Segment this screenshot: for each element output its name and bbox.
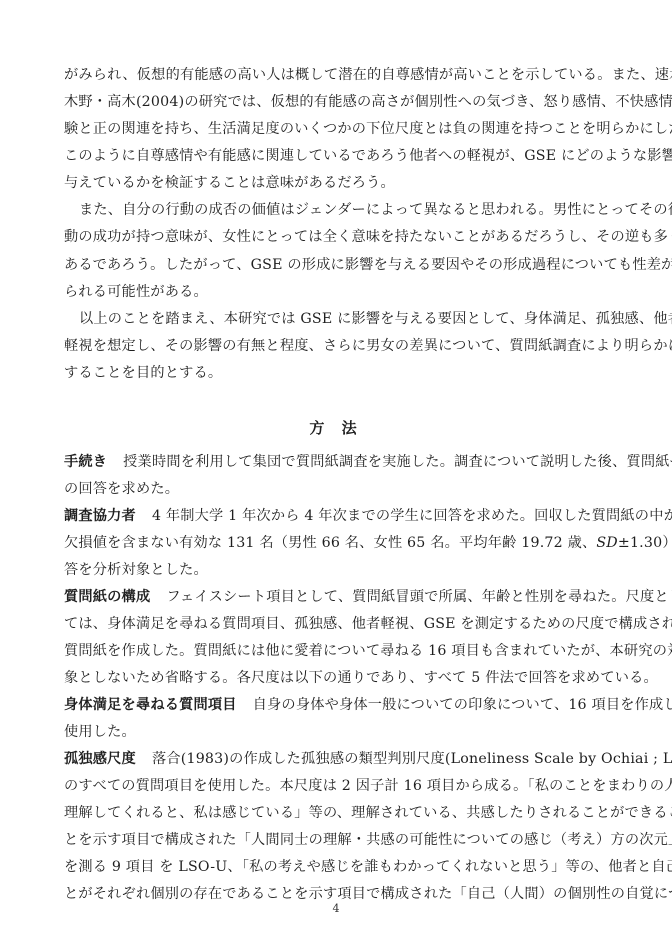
questionnaire-line: ては、身体満足を尋ねる質問項目、孤独感、他者軽視、GSE を測定するための尺度で… (64, 613, 612, 635)
body-satisfaction-text: 自身の身体や身体一般についての印象について、16 項目を作成し、 (253, 697, 672, 713)
intro-line: 験と正の関連を持ち、生活満足度のいくつかの下位尺度とは負の関連を持つことを明らか… (64, 118, 612, 140)
intro-line: がみられ、仮想的有能感の高い人は概して潜在的自尊感情が高いことを示している。また… (64, 64, 612, 86)
questionnaire-line: 質問紙を作成した。質問紙には他に愛着について尋ねる 16 項目も含まれていたが、… (64, 640, 612, 662)
procedure-text: 授業時間を利用して集団で質問紙調査を実施した。調査について説明した後、質問紙へ (123, 454, 672, 470)
participants-line: 答を分析対象とした。 (64, 559, 612, 581)
body-satisfaction-label: 身体満足を尋ねる質問項目 (64, 697, 237, 713)
loneliness-text: 落合(1983)の作成した孤独感の類型判別尺度(Loneliness Scale… (152, 751, 672, 767)
page-number: 4 (0, 901, 672, 917)
intro-line: られる可能性がある。 (64, 281, 612, 303)
procedure-line: の回答を求めた。 (64, 478, 612, 500)
loneliness-line: とを示す項目で構成された「人間同士の理解・共感の可能性についての感じ（考え）方の… (64, 829, 612, 851)
intro-line: 与えているかを検証することは意味があるだろう。 (64, 172, 612, 194)
loneliness-label: 孤独感尺度 (64, 751, 136, 767)
intro-line: 木野・高木(2004)の研究では、仮想的有能感の高さが個別性への気づき、怒り感情… (64, 91, 612, 113)
loneliness-line: を測る 9 項目 を LSO-U、「私の考えや感じを誰もわかってくれないと思う」… (64, 856, 612, 878)
participants-line: 欠損値を含まない有効な 131 名（男性 66 名、女性 65 名。平均年齢 1… (64, 532, 612, 554)
intro-line: あるであろう。したがって、GSE の形成に影響を与える要因やその形成過程について… (64, 254, 612, 276)
intro-line: 以上のことを踏まえ、本研究では GSE に影響を与える要因として、身体満足、孤独… (64, 308, 612, 330)
questionnaire-label: 質問紙の構成 (64, 589, 150, 605)
participants-text: 欠損値を含まない有効な 131 名（男性 66 名、女性 65 名。平均年齢 1… (64, 535, 596, 551)
section-heading-method: 方 法 (0, 417, 672, 439)
intro-line: することを目的とする。 (64, 362, 612, 384)
procedure-line: 手続き授業時間を利用して集団で質問紙調査を実施した。調査について説明した後、質問… (64, 451, 612, 473)
body-satisfaction-line: 身体満足を尋ねる質問項目自身の身体や身体一般についての印象について、16 項目を… (64, 694, 612, 716)
participants-line: 調査協力者4 年制大学 1 年次から 4 年次までの学生に回答を求めた。回収した… (64, 505, 612, 527)
loneliness-line: 孤独感尺度落合(1983)の作成した孤独感の類型判別尺度(Loneliness … (64, 748, 612, 770)
intro-line: このように自尊感情や有能感に関連しているであろう他者への軽視が、GSE にどのよ… (64, 145, 612, 167)
document-page: がみられ、仮想的有能感の高い人は概して潜在的自尊感情が高いことを示している。また… (0, 0, 672, 951)
questionnaire-line: 象としないため省略する。各尺度は以下の通りであり、すべて 5 件法で回答を求めて… (64, 667, 612, 689)
loneliness-line: のすべての質問項目を使用した。本尺度は 2 因子計 16 項目から成る。「私のこ… (64, 775, 612, 797)
procedure-label: 手続き (64, 454, 107, 470)
intro-line: 動の成功が持つ意味が、女性にとっては全く意味を持たないことがあるだろうし、その逆… (64, 226, 612, 248)
participants-text: 4 年制大学 1 年次から 4 年次までの学生に回答を求めた。回収した質問紙の中… (152, 508, 672, 524)
questionnaire-text: フェイスシート項目として、質問紙冒頭で所属、年齢と性別を尋ねた。尺度とし (166, 589, 672, 605)
participants-text: ±1.30）の回 (618, 535, 672, 551)
participants-label: 調査協力者 (64, 508, 136, 524)
body-satisfaction-line: 使用した。 (64, 721, 612, 743)
sd-label: SD (596, 535, 618, 551)
questionnaire-line: 質問紙の構成フェイスシート項目として、質問紙冒頭で所属、年齢と性別を尋ねた。尺度… (64, 586, 612, 608)
loneliness-line: 理解してくれると、私は感じている」等の、理解されている、共感したりされることがで… (64, 802, 612, 824)
intro-line: また、自分の行動の成否の価値はジェンダーによって異なると思われる。男性にとってそ… (64, 199, 612, 221)
intro-line: 軽視を想定し、その影響の有無と程度、さらに男女の差異について、質問紙調査により明… (64, 335, 612, 357)
